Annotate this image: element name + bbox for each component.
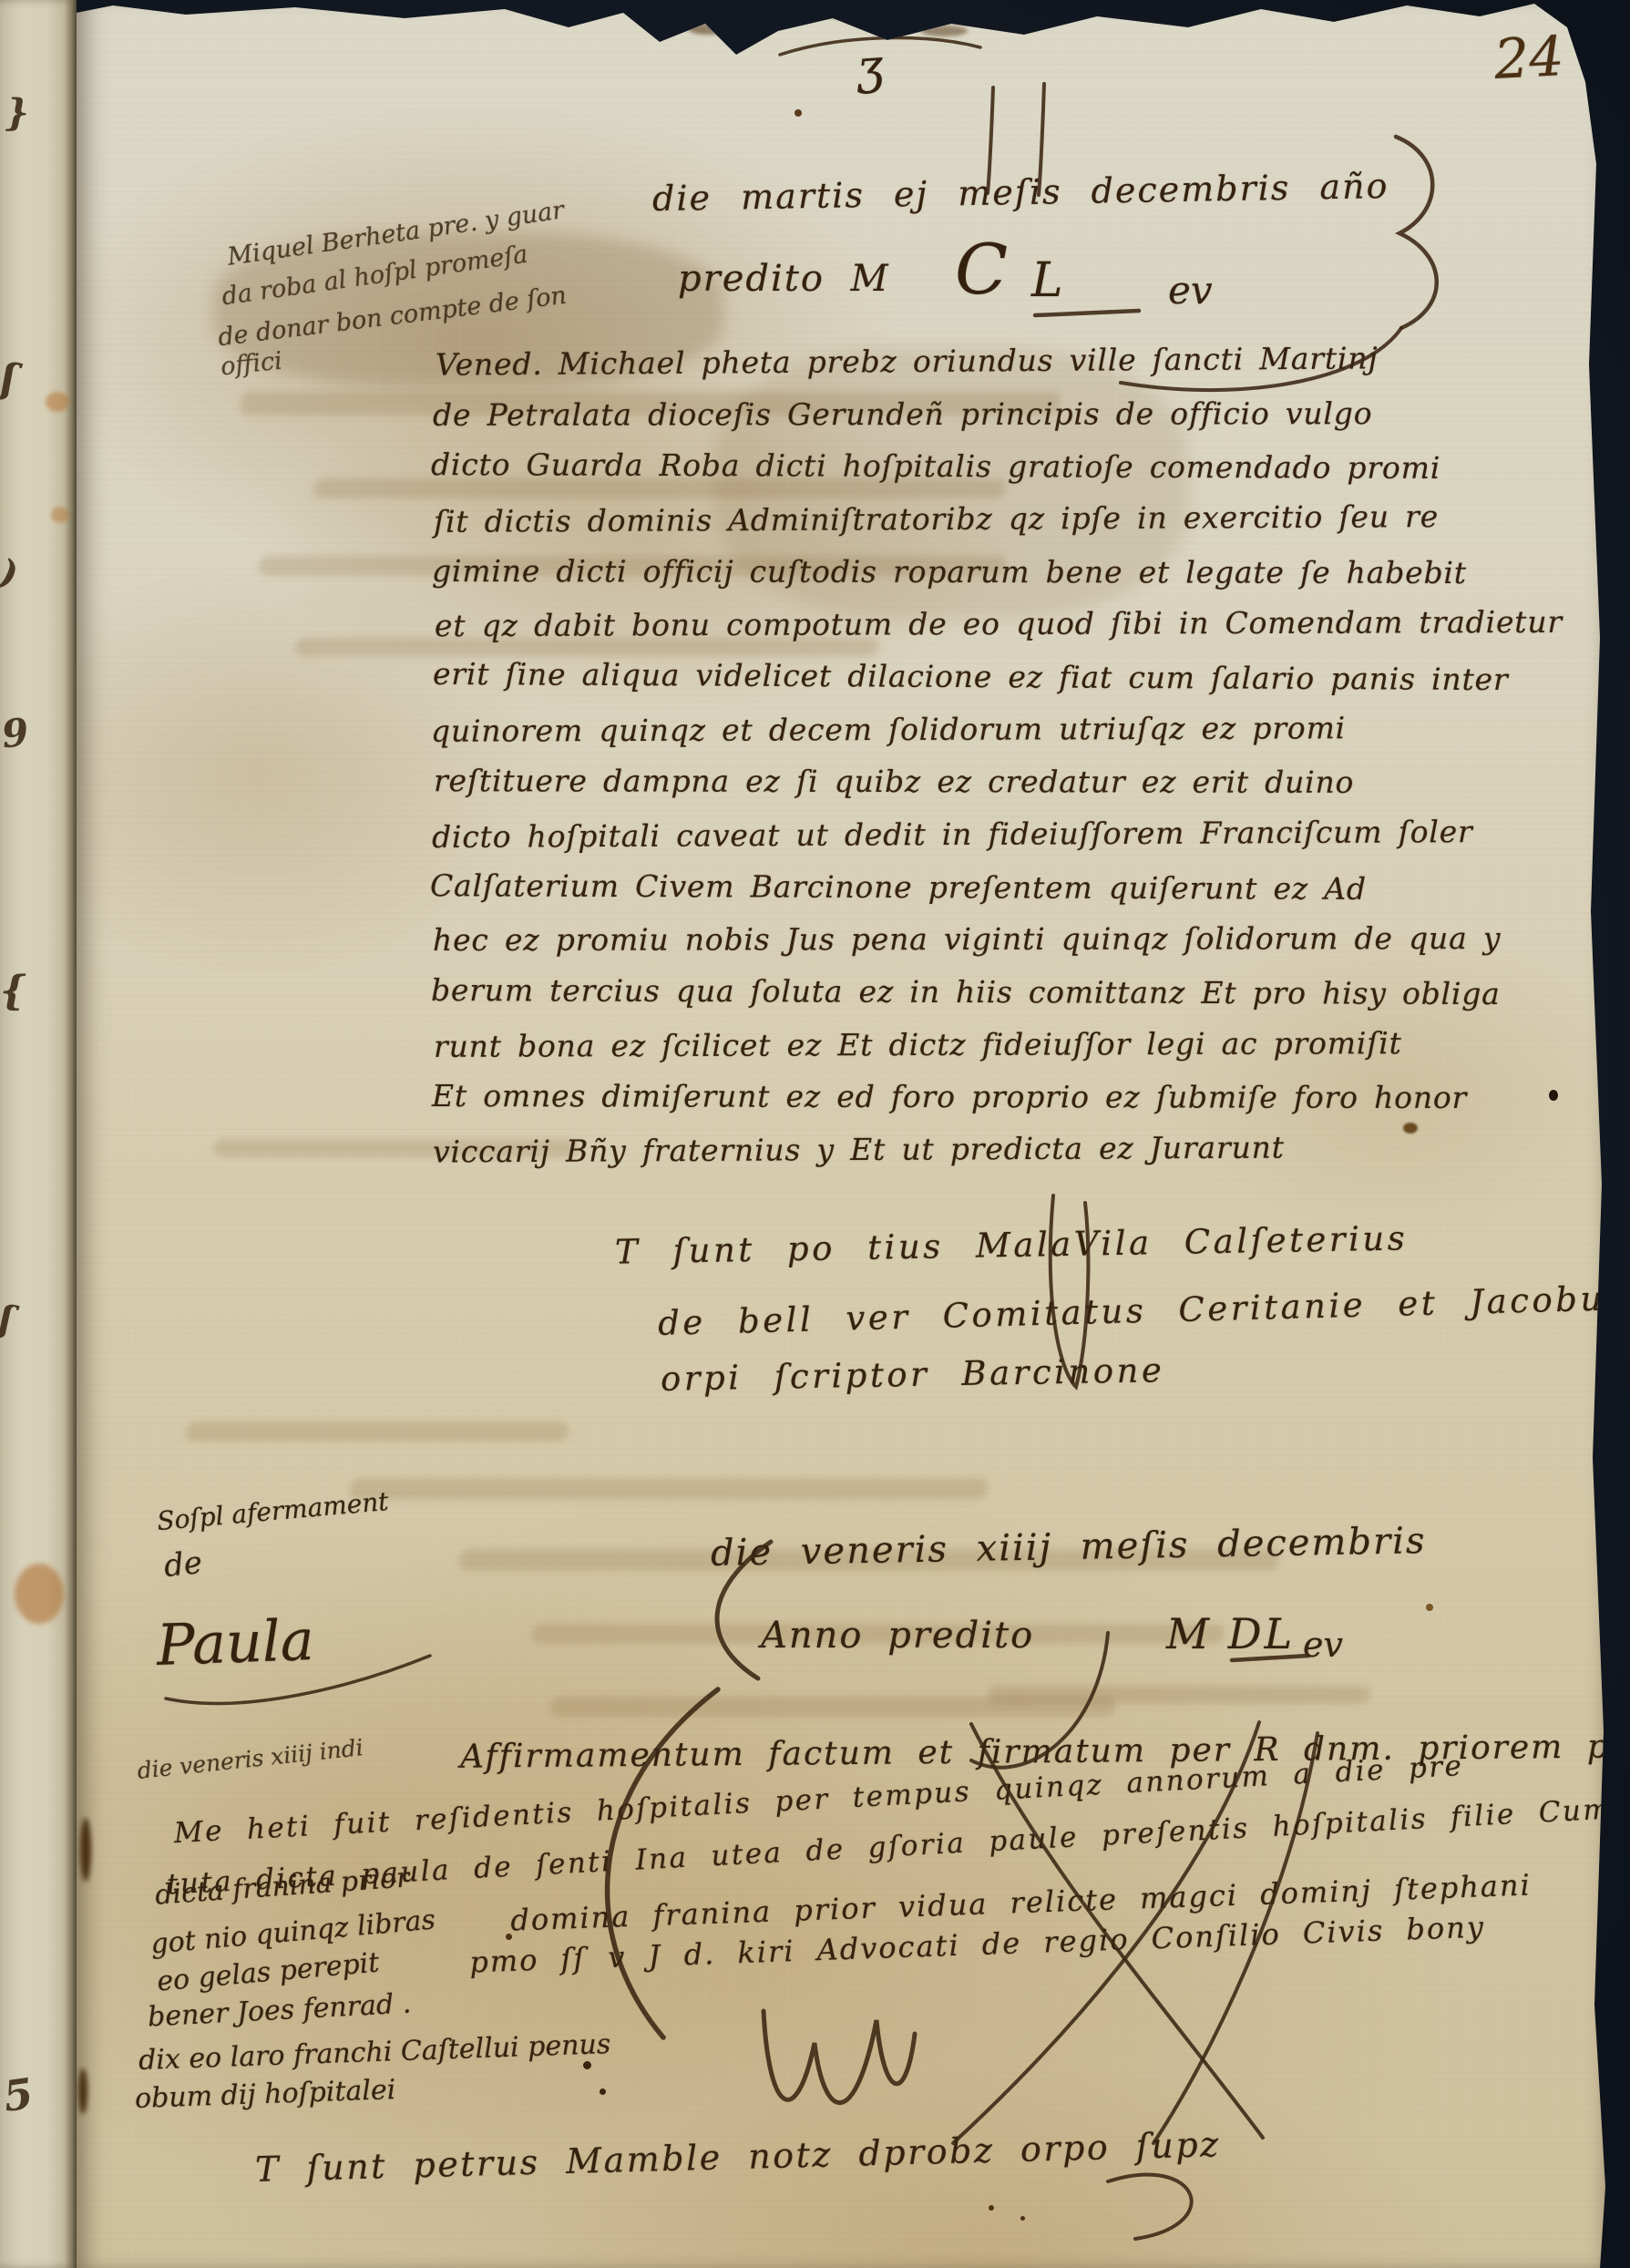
entry1-heading-year-c: C — [955, 235, 1008, 304]
entry2-body-line: dix eo laro franchi Caſtellui penus — [138, 2031, 611, 2075]
stain — [46, 392, 69, 412]
entry1-body-line: quinorem quinqz et decem ſolidorum utriu… — [431, 713, 1346, 746]
cut-off-ink-mark: ʃ — [0, 1297, 15, 1341]
edge-burn — [688, 24, 728, 35]
entry1-body-line: dicto hoſpitali caveat ut dedit in fidei… — [432, 816, 1473, 852]
stain — [15, 1564, 64, 1624]
entry1-body-line: viccarij Bñy fraternius y Et ut predicta… — [433, 1133, 1285, 1167]
entry1-witness-line: de bell ver Comitatus Ceritanie et Jacob… — [658, 1281, 1626, 1340]
entry2-heading-year-ev: ev — [1303, 1627, 1343, 1662]
entry2-closing-line: T ſunt petrus Mamble notz dprobz orpo ſu… — [255, 2127, 1221, 2187]
bleedthrough-line — [987, 1686, 1371, 1704]
entry1-body-line: gimine dicti officij cuſtodis roparum be… — [432, 556, 1467, 588]
entry1-body-line: Calſaterium Civem Barcinone preſentem qu… — [430, 870, 1367, 904]
entry2-margin-side-note: die veneris xiiij indi — [136, 1736, 364, 1782]
entry1-body-line: et qz dabit bonu compotum de eo quod ſib… — [435, 607, 1563, 641]
ink-spot — [1549, 1090, 1558, 1101]
bleedthrough-line — [349, 1478, 989, 1500]
ink-spot — [583, 2061, 591, 2069]
entry2-heading-year-num: M DL — [1166, 1613, 1295, 1655]
ink-spot — [1020, 2216, 1025, 2221]
entry1-heading-year-ev: ev — [1168, 272, 1213, 310]
entry2-margin-de: de — [162, 1547, 203, 1582]
entry1-body-line: de Petralata dioceſis Gerundeñ principis… — [433, 398, 1372, 430]
entry1-body-line: ſit dictis dominis Adminiſtratoribz qz i… — [434, 501, 1439, 537]
entry1-heading-year-l: L — [1031, 257, 1063, 304]
entry1-witness-line: orpi ſcriptor Barcinone — [661, 1353, 1165, 1396]
flourish-year-dash — [1035, 311, 1139, 315]
edge-burn — [1039, 4, 1079, 13]
gutter-smudge — [80, 1818, 91, 1882]
flourish-monogram — [764, 2011, 915, 2103]
entry2-heading-date: die veneris xiiij meſis decembris — [711, 1523, 1427, 1572]
entry2-margin-title: Soſpl afermament — [156, 1489, 389, 1534]
entry1-margin-line: offici — [220, 349, 283, 380]
flourish-closing-loop — [1108, 2175, 1192, 2239]
ink-spot — [989, 2205, 994, 2211]
edge-burn — [538, 4, 601, 18]
bleedthrough-line — [185, 1421, 569, 1442]
stain — [51, 507, 69, 523]
ink-spot — [1403, 1123, 1418, 1134]
entry2-heading-year: Anno predito — [761, 1617, 1034, 1654]
entry1-body-line: reſtituere dampna ez ſi quibz ez credatu… — [434, 765, 1354, 797]
ink-spot — [600, 2088, 606, 2095]
entry2-body-line: bener Joes fenrad . — [147, 1990, 412, 2031]
edge-burn — [825, 5, 892, 20]
entry1-body-line: dicto Guarda Roba dicti hoſpitalis grati… — [431, 449, 1440, 483]
entry1-body-line: erit ſine aliqua videlicet dilacione ez … — [433, 659, 1509, 694]
quire-mark: ʒ — [855, 43, 885, 92]
edge-burn — [920, 26, 968, 36]
entry1-heading-year: predito M — [678, 261, 890, 297]
flourish-brace — [1396, 137, 1437, 328]
entry1-body-line: Vened. Michael pheta prebz oriundus vill… — [436, 343, 1379, 379]
entry2-body-line: obum dij hoſpitalei — [135, 2077, 396, 2113]
entry2-body-line: got nio quinqz libras — [149, 1906, 436, 1958]
entry2-margin-name: Paula — [156, 1612, 315, 1674]
folio-number: 24 — [1492, 29, 1564, 87]
ink-spot — [794, 109, 802, 117]
entry1-heading-date: die martis ej meſis decembris año — [652, 169, 1389, 216]
cut-off-ink-mark: { — [0, 968, 26, 1014]
cut-off-ink-mark: } — [5, 91, 29, 134]
entry1-body-line: hec ez promiu nobis Jus pena viginti qui… — [433, 923, 1501, 955]
gutter-smudge — [78, 2068, 87, 2114]
manuscript-page: ʒ 24 Miquel Berheta pre. y guar da roba … — [77, 0, 1607, 2268]
entry1-body-line: runt bona ez ſcilicet ez Et dictz fideiu… — [434, 1028, 1402, 1062]
entry1-body-line: berum tercius qua ſoluta ez in hiis comi… — [431, 975, 1501, 1009]
cut-off-ink-mark: 9 — [0, 710, 31, 757]
cut-off-ink-mark: 5 — [0, 2068, 36, 2121]
ink-spot — [1426, 1604, 1433, 1611]
previous-page-edge: } ʃ ) 9 { ʃ 5 — [0, 0, 77, 2268]
cut-off-ink-mark: ) — [0, 550, 22, 596]
entry1-body-line: Et omnes dimiſerunt ez ed foro proprio e… — [432, 1081, 1467, 1113]
cut-off-ink-mark: ʃ — [0, 354, 18, 403]
entry1-witness-line: T ſunt po tius MalaVila Calſeterius — [615, 1221, 1409, 1268]
